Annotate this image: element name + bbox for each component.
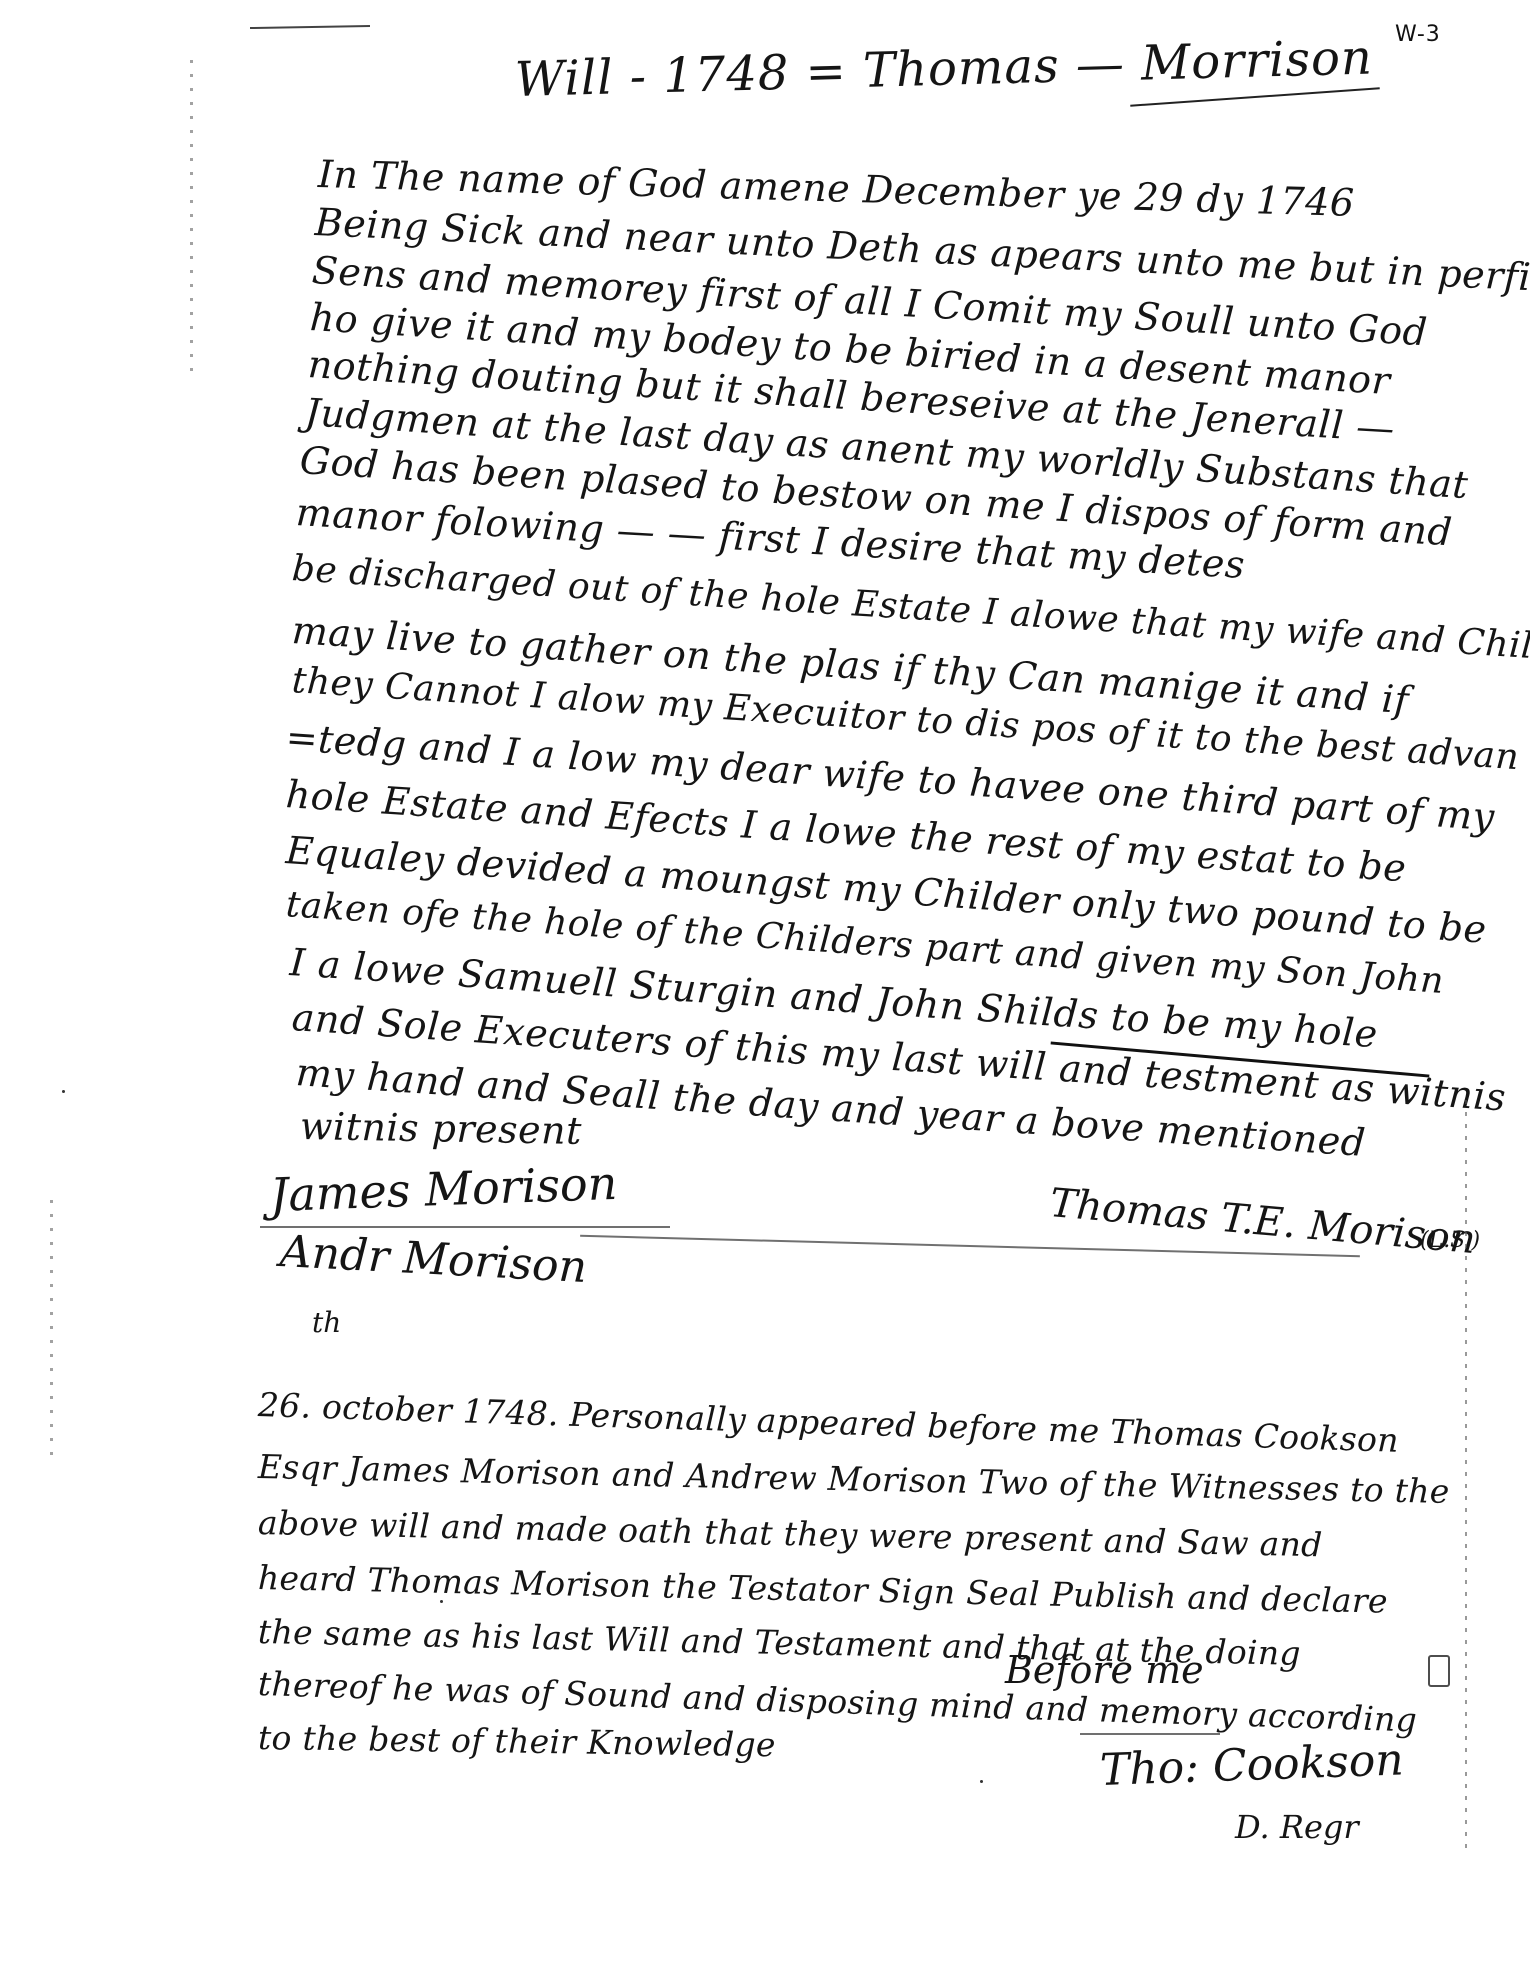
seal-icon bbox=[1428, 1655, 1450, 1687]
date-superscript: th bbox=[312, 1306, 341, 1339]
scan-speck bbox=[440, 1600, 443, 1603]
page-id: W-3 bbox=[1395, 22, 1441, 47]
witness-signature: Andr Morison bbox=[279, 1226, 589, 1293]
page-edge bbox=[1465, 1100, 1467, 1850]
signature-flourish bbox=[1080, 1733, 1220, 1735]
scan-speck bbox=[700, 1085, 703, 1088]
will-line: witnis present bbox=[300, 1104, 583, 1153]
witness-signature: James Morison bbox=[269, 1156, 618, 1222]
seal-mark: (L.S.) bbox=[1420, 1228, 1480, 1253]
deposition-line: Esqr James Morison and Andrew Morison Tw… bbox=[258, 1447, 1450, 1511]
deposition-line: above will and made oath that they were … bbox=[258, 1503, 1323, 1564]
margin-mark bbox=[50, 1200, 53, 1460]
margin-mark bbox=[190, 60, 193, 380]
before-me-label: Before me bbox=[1005, 1648, 1204, 1692]
official-title: D. Regr bbox=[1235, 1808, 1359, 1846]
document-page: W-3 Will - 1748 = Thomas — Morrison In T… bbox=[0, 0, 1530, 1980]
deposition-line: to the best of their Knowledge bbox=[258, 1718, 776, 1764]
official-signature: Tho: Cookson bbox=[1099, 1734, 1404, 1796]
scan-speck bbox=[980, 1780, 983, 1783]
deposition-line: 26. october 1748. Personally appeared be… bbox=[257, 1385, 1399, 1460]
header-rule bbox=[250, 25, 370, 29]
deposition-line: heard Thomas Morison the Testator Sign S… bbox=[258, 1558, 1389, 1621]
scan-speck bbox=[62, 1090, 65, 1093]
